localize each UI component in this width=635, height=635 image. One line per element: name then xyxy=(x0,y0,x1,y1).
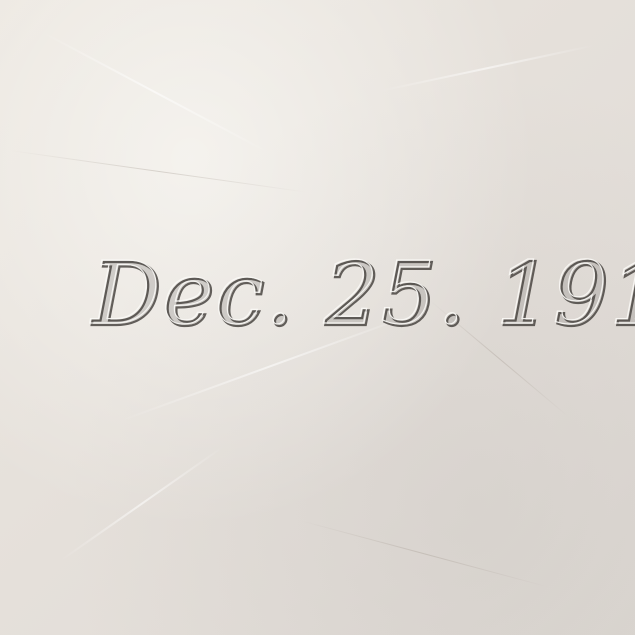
engraved-date: Dec. 25. 1916. Dec. 25. 1916. Dec. 25. 1… xyxy=(88,232,588,372)
surface-scratch xyxy=(59,445,224,561)
silver-surface: Dec. 25. 1916. Dec. 25. 1916. Dec. 25. 1… xyxy=(0,0,635,635)
engraving-highlight: Dec. 25. 1916. xyxy=(89,244,635,344)
surface-scratch xyxy=(300,520,551,588)
surface-scratch xyxy=(10,150,307,193)
surface-scratch xyxy=(40,30,271,154)
engraving-graphic: Dec. 25. 1916. Dec. 25. 1916. Dec. 25. 1… xyxy=(88,232,588,372)
surface-scratch xyxy=(380,44,596,92)
